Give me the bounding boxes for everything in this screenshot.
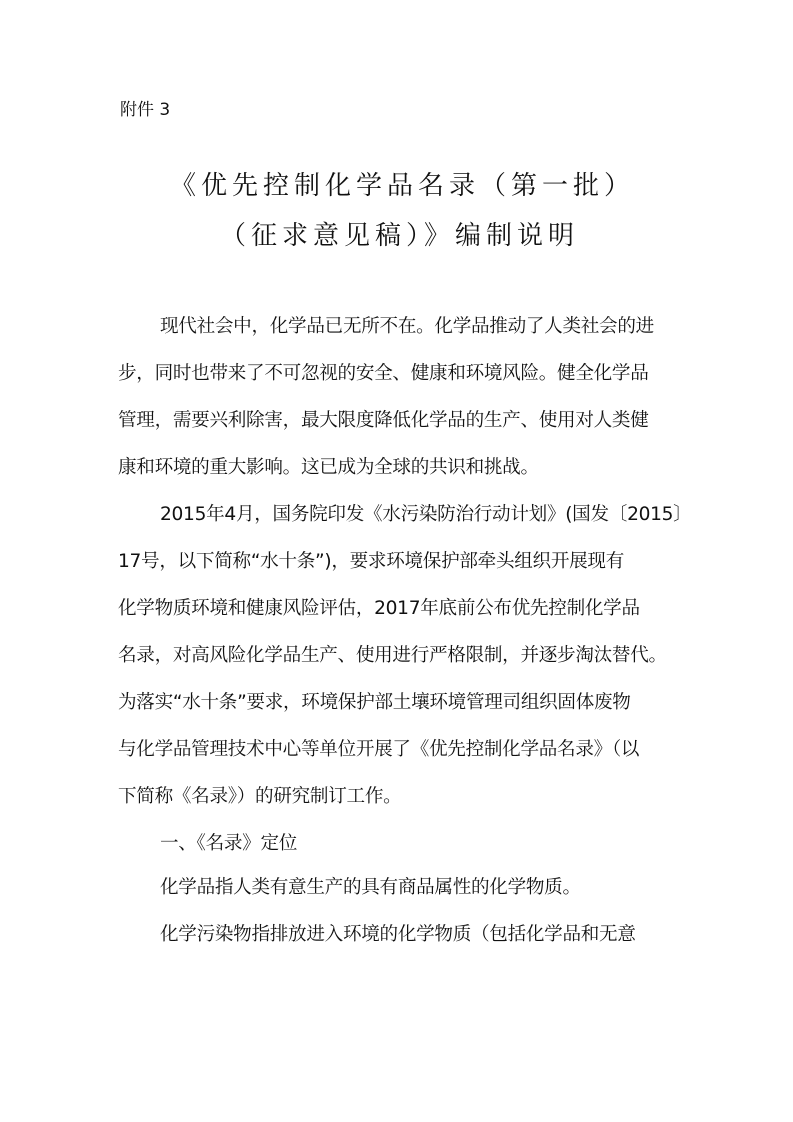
attachment-label: 附件 3 — [120, 99, 170, 121]
paragraph-line: 步，同时也带来了不可忽视的安全、健康和环境风险。健全化学品 — [118, 361, 688, 387]
paragraph-line: 为落实“水十条”要求，环境保护部土壤环境管理司组织固体废物 — [118, 690, 688, 716]
paragraph-line: 下简称《名录》）的研究制订工作。 — [118, 784, 688, 810]
section-paragraph: 化学污染物指排放进入环境的化学物质（包括化学品和无意 — [160, 922, 688, 948]
paragraph-line: 17号，以下简称“水十条”)，要求环境保护部牵头组织开展现有 — [118, 549, 688, 575]
paragraph-line: 2015年4月，国务院印发《水污染防治行动计划》(国发〔2015〕 — [160, 502, 688, 528]
document-page: 附件 3 《优先控制化学品名录（第一批） （征求意见稿）》编制说明 现代社会中，… — [0, 0, 793, 1122]
paragraph-line: 管理，需要兴利除害，最大限度降低化学品的生产、使用对人类健 — [118, 408, 688, 434]
document-title-line-1: 《优先控制化学品名录（第一批） — [6, 170, 793, 202]
document-title-line-2: （征求意见稿）》编制说明 — [3, 220, 793, 252]
section-paragraph: 化学品指人类有意生产的具有商品属性的化学物质。 — [160, 875, 688, 901]
paragraph-line: 名录，对高风险化学品生产、使用进行严格限制，并逐步淘汰替代。 — [118, 643, 688, 669]
paragraph-line: 化学物质环境和健康风险评估，2017年底前公布优先控制化学品 — [118, 596, 688, 622]
section-heading: 一、《名录》定位 — [160, 831, 688, 857]
paragraph-line: 现代社会中，化学品已无所不在。化学品推动了人类社会的进 — [160, 314, 688, 340]
paragraph-line: 康和环境的重大影响。这已成为全球的共识和挑战。 — [118, 455, 688, 481]
paragraph-line: 与化学品管理技术中心等单位开展了《优先控制化学品名录》（以 — [118, 737, 688, 763]
